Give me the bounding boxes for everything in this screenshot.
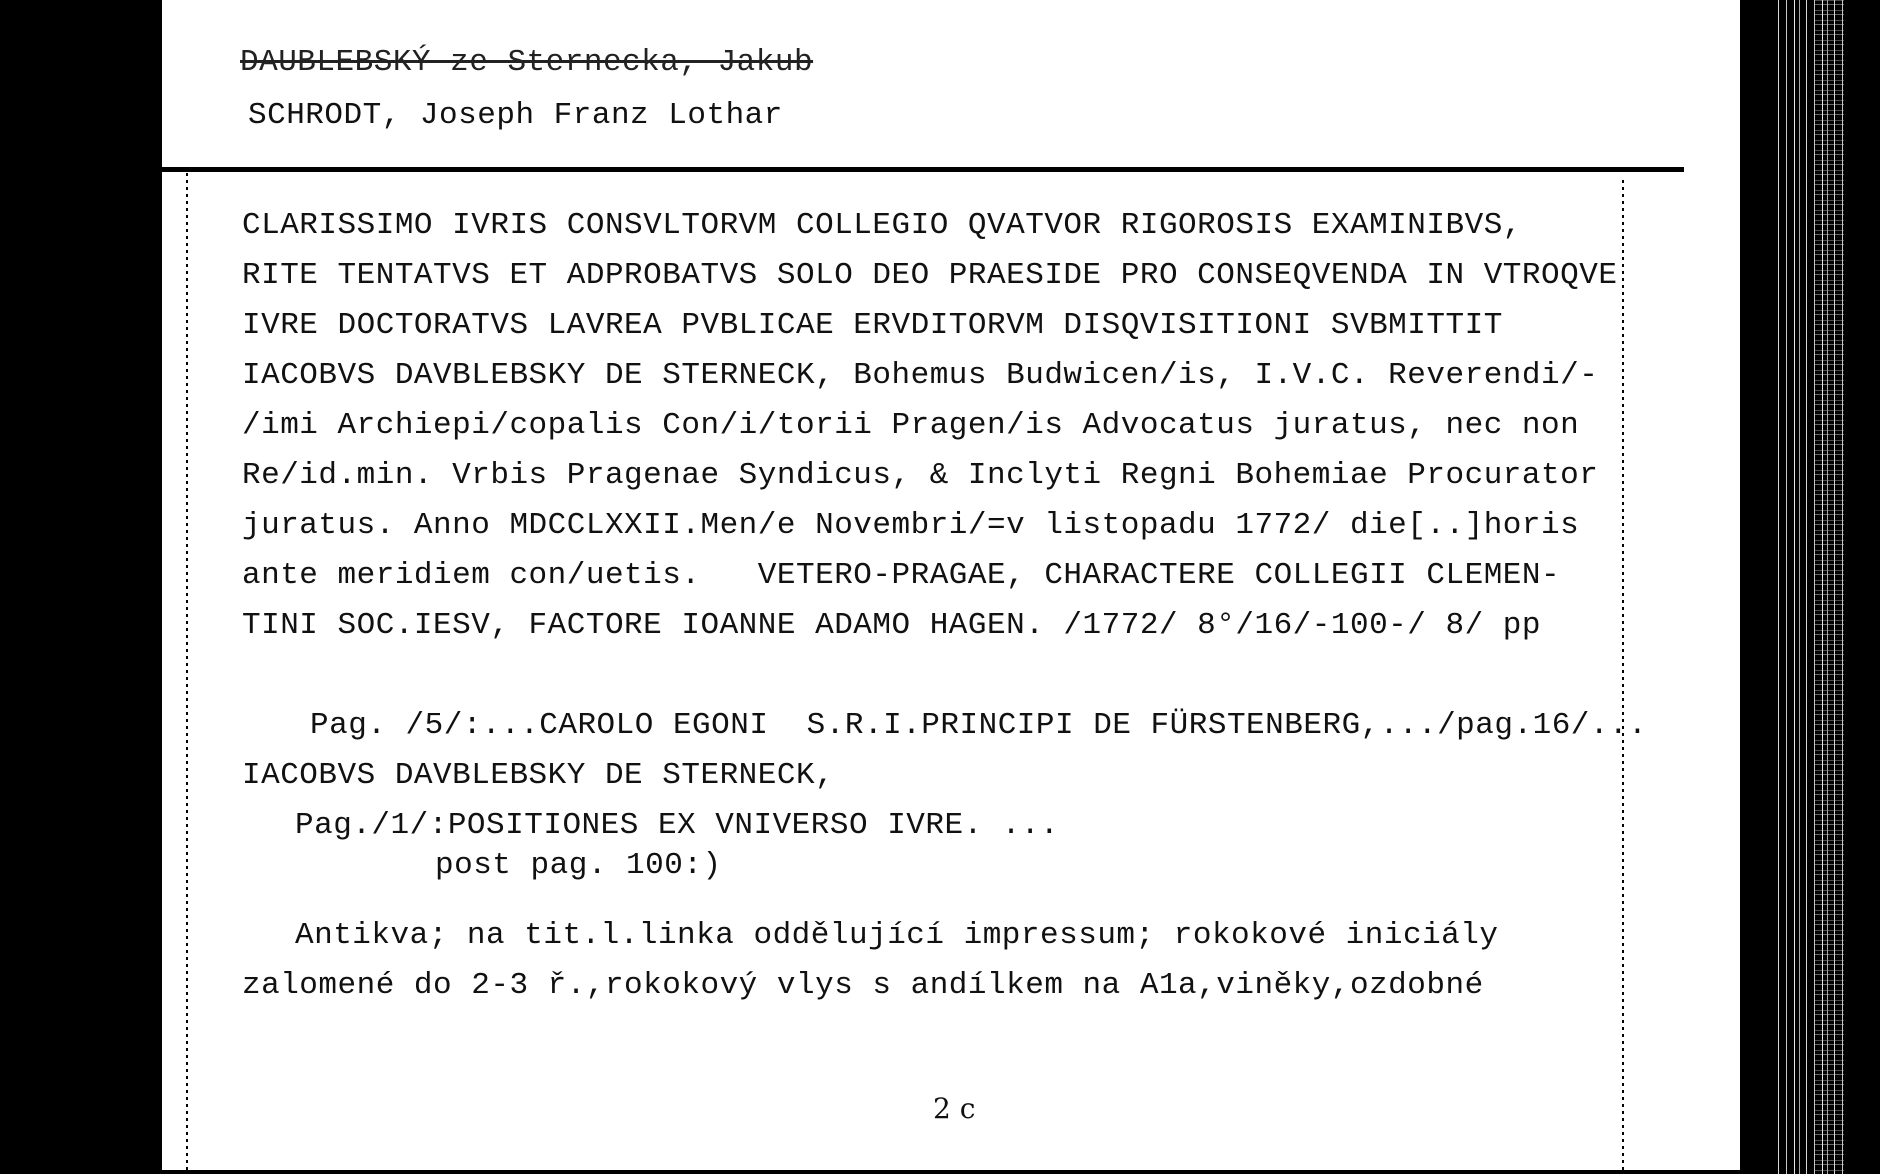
title-line: juratus. Anno MDCCLXXII.Men/e Novembri/=… <box>242 508 1579 543</box>
note-line: Pag./1/:POSITIONES EX VNIVERSO IVRE. ... <box>295 808 1059 843</box>
left-margin-line <box>186 172 188 1170</box>
note-line: Pag. /5/:...CAROLO EGONI S.R.I.PRINCIPI … <box>310 708 1647 743</box>
title-line: /imi Archiepi/copalis Con/i/torii Pragen… <box>242 408 1579 443</box>
page-number: 2 c <box>933 1092 975 1125</box>
title-line: IVRE DOCTORATVS LAVREA PVBLICAE ERVDITOR… <box>242 308 1503 343</box>
title-line: ante meridiem con/uetis. VETERO-PRAGAE, … <box>242 558 1560 593</box>
description-line: Antikva; na tit.l.linka oddělující impre… <box>295 918 1499 953</box>
scan-edge-noise <box>1814 0 1844 1174</box>
author-heading: SCHRODT, Joseph Franz Lothar <box>248 98 783 133</box>
note-line: post pag. 100:) <box>435 848 722 883</box>
header-rule <box>162 167 1684 172</box>
description-line: zalomené do 2-3 ř.,rokokový vlys s andíl… <box>242 968 1484 1003</box>
title-line: IACOBVS DAVBLEBSKY DE STERNECK, Bohemus … <box>242 358 1598 393</box>
title-line: TINI SOC.IESV, FACTORE IOANNE ADAMO HAGE… <box>242 608 1541 643</box>
right-margin-line <box>1622 180 1624 1170</box>
note-line: IACOBVS DAVBLEBSKY DE STERNECK, <box>242 758 834 793</box>
title-line: CLARISSIMO IVRIS CONSVLTORVM COLLEGIO QV… <box>242 208 1522 243</box>
struck-heading: DAUBLEBSKÝ ze Sternecka, Jakub <box>240 45 813 80</box>
title-line: RITE TENTATVS ET ADPROBATVS SOLO DEO PRA… <box>242 258 1617 293</box>
title-line: Re/id.min. Vrbis Pragenae Syndicus, & In… <box>242 458 1598 493</box>
